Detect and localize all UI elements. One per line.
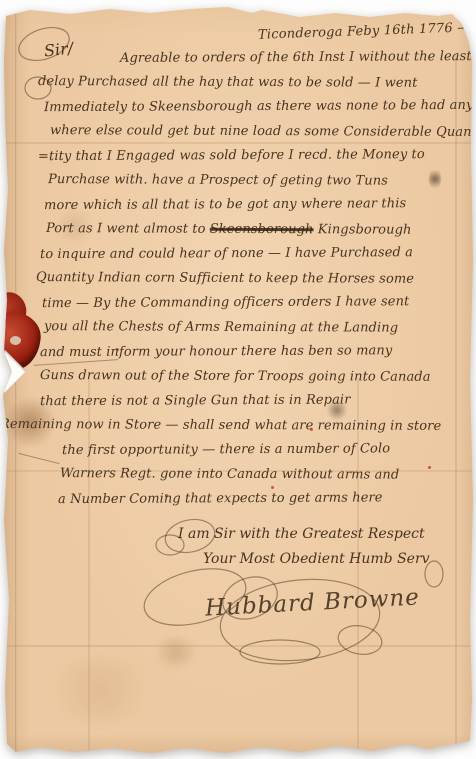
letter-body: Agreable to orders of the 6th Inst I wit… [0, 46, 476, 512]
struck-word: Skeensborough [210, 221, 314, 236]
letter-dateline: Ticonderoga Feby 16th 1776 — [257, 20, 470, 42]
letter-line: Purchase with. have a Prospect of geting… [48, 168, 476, 194]
letter-line: Immediately to Skeensborough as there wa… [44, 94, 476, 121]
letter-line: Agreable to orders of the 6th Inst I wit… [120, 45, 476, 71]
paper-wrap: Ticonderoga Feby 16th 1776 — Sir/ Agreab… [0, 0, 476, 759]
scan-background: Ticonderoga Feby 16th 1776 — Sir/ Agreab… [0, 0, 476, 759]
letter-line: and must inform your honour there has be… [40, 339, 476, 366]
letter-line: Guns drawn out of the Store for Troops g… [40, 364, 476, 390]
letter-line: Port as I went almost to Skeensborough K… [46, 217, 476, 243]
letter-line: that there is not a Single Gun that is i… [40, 388, 476, 415]
letter-closing-line-1: I am Sir with the Greatest Respect [178, 526, 425, 542]
letter-closing-line-2: Your Most Obedient Humb Serv [203, 551, 430, 567]
signature: Hubbard Browne [204, 584, 420, 621]
letter-line: delay Purchased all the hay that was to … [38, 70, 476, 96]
letter-line: you all the Chests of Arms Remaining at … [44, 315, 476, 341]
letter-line: to inquire and could hear of none — I ha… [40, 241, 476, 268]
stain-bottom-left-large [40, 660, 160, 720]
letter-line: time — By the Commanding officers orders… [42, 290, 476, 317]
letter-line: Quantity Indian corn Sufficient to keep … [36, 266, 476, 292]
letter-line: the first opportunity — there is a numbe… [62, 437, 476, 464]
manuscript-page: Ticonderoga Feby 16th 1776 — Sir/ Agreab… [0, 0, 476, 759]
letter-line: where else could get but nine load as so… [50, 119, 476, 145]
letter-line: =tity that I Engaged was sold before I r… [38, 143, 476, 170]
letter-line: Warners Regt. gone into Canada without a… [60, 462, 476, 488]
letter-line: more which is all that is to be got any … [44, 192, 476, 219]
letter-line: a Number Coming that expects to get arms… [58, 486, 476, 513]
letter-line: Remaining now in Store — shall send what… [0, 412, 476, 439]
fold-crease-bottom [0, 645, 476, 647]
stain-bottom-faint [150, 638, 202, 666]
